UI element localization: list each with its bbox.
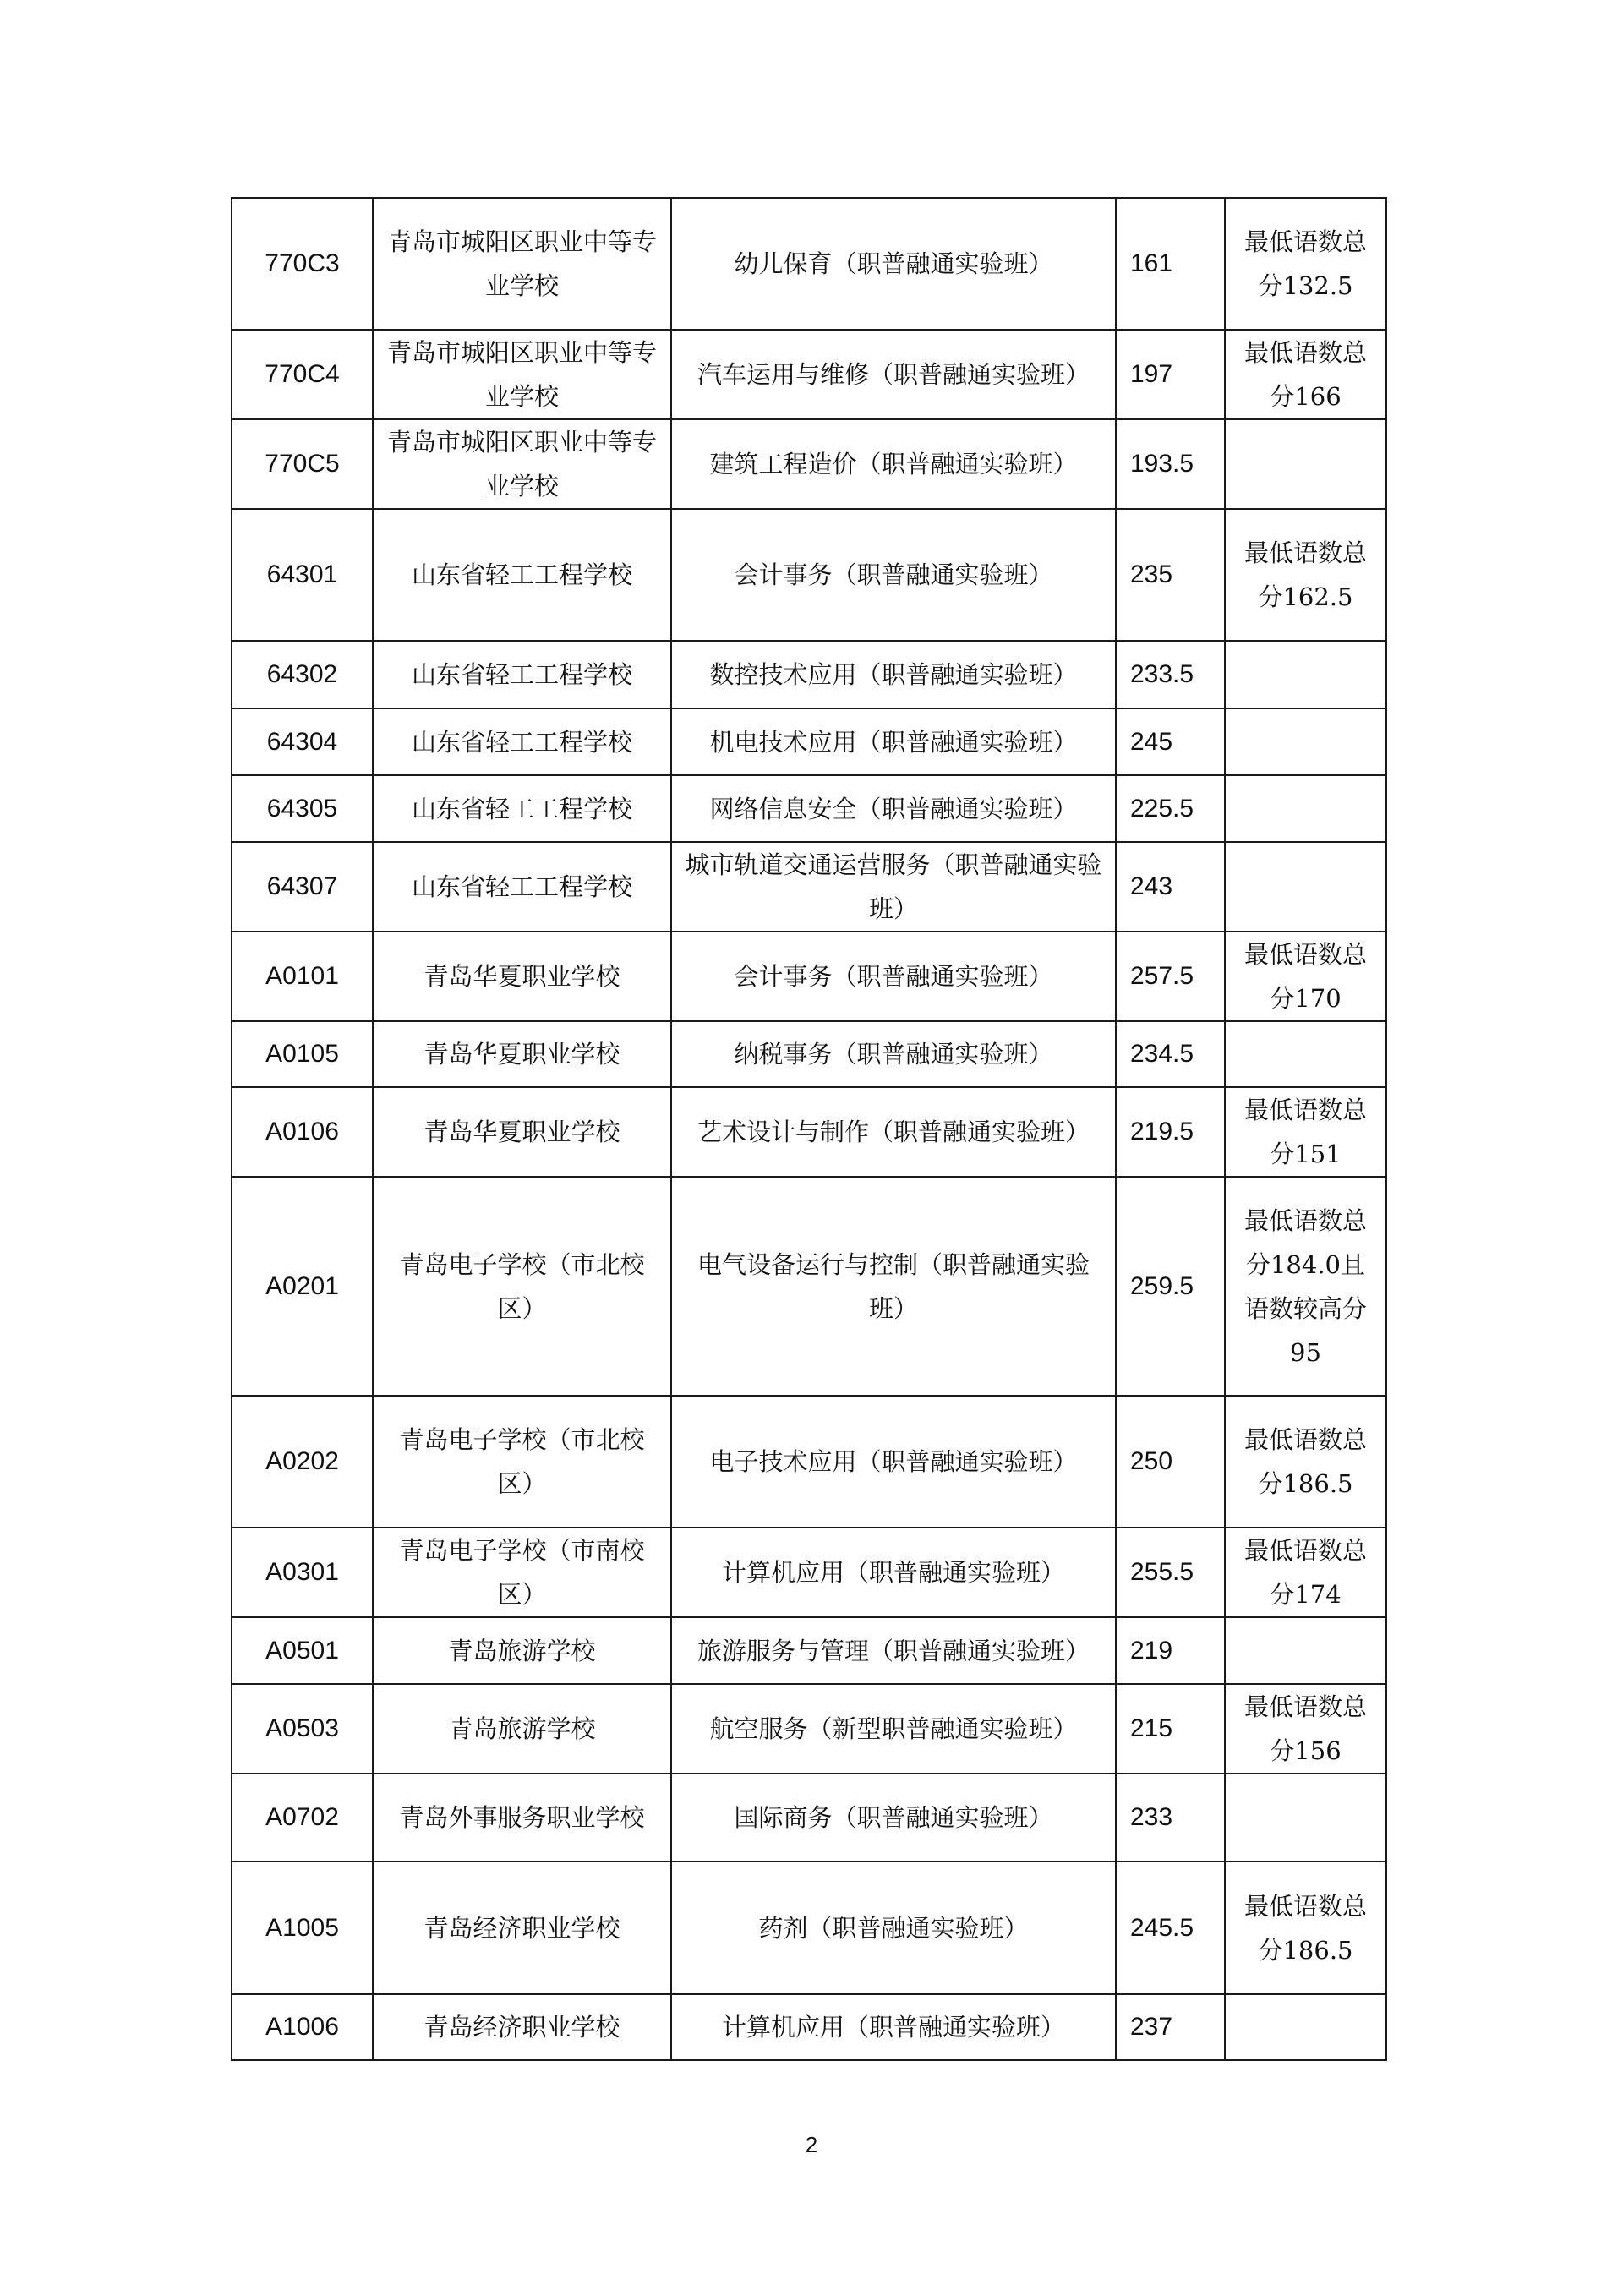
major-name-cell: 纳税事务（职普融通实验班）: [671, 1021, 1116, 1087]
table-body: 770C3青岛市城阳区职业中等专业学校幼儿保育（职普融通实验班）161最低语数总…: [232, 198, 1386, 2060]
cutoff-score-cell: 197: [1116, 330, 1225, 419]
major-name-cell: 航空服务（新型职普融通实验班）: [671, 1684, 1116, 1774]
cutoff-score-cell: 237: [1116, 1994, 1225, 2060]
remark-cell: 最低语数总分151: [1225, 1087, 1386, 1177]
school-name-cell: 青岛华夏职业学校: [373, 1087, 671, 1177]
cutoff-score-cell: 215: [1116, 1684, 1225, 1774]
enrollment-code-cell: 64305: [232, 775, 373, 842]
table-row: 64304山东省轻工工程学校机电技术应用（职普融通实验班）245: [232, 708, 1386, 775]
enrollment-code-cell: A0301: [232, 1528, 373, 1617]
school-name-cell: 青岛外事服务职业学校: [373, 1774, 671, 1861]
table-row: 64305山东省轻工工程学校网络信息安全（职普融通实验班）225.5: [232, 775, 1386, 842]
enrollment-code-cell: A0202: [232, 1396, 373, 1528]
remark-cell: 最低语数总分186.5: [1225, 1861, 1386, 1994]
school-name-cell: 青岛电子学校（市北校区）: [373, 1396, 671, 1528]
admission-score-table: 770C3青岛市城阳区职业中等专业学校幼儿保育（职普融通实验班）161最低语数总…: [231, 197, 1387, 2061]
school-name-cell: 山东省轻工工程学校: [373, 775, 671, 842]
enrollment-code-cell: A1006: [232, 1994, 373, 2060]
major-name-cell: 机电技术应用（职普融通实验班）: [671, 708, 1116, 775]
table-row: A0503青岛旅游学校航空服务（新型职普融通实验班）215最低语数总分156: [232, 1684, 1386, 1774]
cutoff-score-cell: 234.5: [1116, 1021, 1225, 1087]
remark-cell: [1225, 1774, 1386, 1861]
major-name-cell: 国际商务（职普融通实验班）: [671, 1774, 1116, 1861]
cutoff-score-cell: 243: [1116, 842, 1225, 932]
enrollment-code-cell: A0105: [232, 1021, 373, 1087]
enrollment-code-cell: 64302: [232, 641, 373, 708]
table-row: A0202青岛电子学校（市北校区）电子技术应用（职普融通实验班）250最低语数总…: [232, 1396, 1386, 1528]
school-name-cell: 青岛经济职业学校: [373, 1861, 671, 1994]
major-name-cell: 电气设备运行与控制（职普融通实验班）: [671, 1177, 1116, 1396]
school-name-cell: 青岛电子学校（市南校区）: [373, 1528, 671, 1617]
cutoff-score-cell: 233: [1116, 1774, 1225, 1861]
enrollment-code-cell: 64304: [232, 708, 373, 775]
remark-cell: [1225, 641, 1386, 708]
table-row: A0105青岛华夏职业学校纳税事务（职普融通实验班）234.5: [232, 1021, 1386, 1087]
school-name-cell: 山东省轻工工程学校: [373, 509, 671, 641]
major-name-cell: 网络信息安全（职普融通实验班）: [671, 775, 1116, 842]
major-name-cell: 数控技术应用（职普融通实验班）: [671, 641, 1116, 708]
major-name-cell: 会计事务（职普融通实验班）: [671, 509, 1116, 641]
major-name-cell: 计算机应用（职普融通实验班）: [671, 1528, 1116, 1617]
major-name-cell: 幼儿保育（职普融通实验班）: [671, 198, 1116, 330]
enrollment-code-cell: 64307: [232, 842, 373, 932]
major-name-cell: 建筑工程造价（职普融通实验班）: [671, 419, 1116, 509]
table-row: 64302山东省轻工工程学校数控技术应用（职普融通实验班）233.5: [232, 641, 1386, 708]
school-name-cell: 青岛电子学校（市北校区）: [373, 1177, 671, 1396]
cutoff-score-cell: 219.5: [1116, 1087, 1225, 1177]
school-name-cell: 青岛旅游学校: [373, 1617, 671, 1684]
remark-cell: [1225, 775, 1386, 842]
cutoff-score-cell: 245: [1116, 708, 1225, 775]
major-name-cell: 汽车运用与维修（职普融通实验班）: [671, 330, 1116, 419]
school-name-cell: 青岛华夏职业学校: [373, 1021, 671, 1087]
enrollment-code-cell: A0106: [232, 1087, 373, 1177]
enrollment-code-cell: 770C3: [232, 198, 373, 330]
page-number: 2: [0, 2132, 1623, 2158]
table-row: A1006青岛经济职业学校计算机应用（职普融通实验班）237: [232, 1994, 1386, 2060]
cutoff-score-cell: 250: [1116, 1396, 1225, 1528]
school-name-cell: 青岛市城阳区职业中等专业学校: [373, 330, 671, 419]
table-row: A0106青岛华夏职业学校艺术设计与制作（职普融通实验班）219.5最低语数总分…: [232, 1087, 1386, 1177]
cutoff-score-cell: 225.5: [1116, 775, 1225, 842]
remark-cell: 最低语数总分186.5: [1225, 1396, 1386, 1528]
enrollment-code-cell: A0201: [232, 1177, 373, 1396]
cutoff-score-cell: 257.5: [1116, 932, 1225, 1021]
remark-cell: [1225, 708, 1386, 775]
table-row: 64301山东省轻工工程学校会计事务（职普融通实验班）235最低语数总分162.…: [232, 509, 1386, 641]
remark-cell: 最低语数总分170: [1225, 932, 1386, 1021]
cutoff-score-cell: 219: [1116, 1617, 1225, 1684]
remark-cell: [1225, 419, 1386, 509]
cutoff-score-cell: 245.5: [1116, 1861, 1225, 1994]
major-name-cell: 旅游服务与管理（职普融通实验班）: [671, 1617, 1116, 1684]
enrollment-code-cell: 770C5: [232, 419, 373, 509]
table-row: A0201青岛电子学校（市北校区）电气设备运行与控制（职普融通实验班）259.5…: [232, 1177, 1386, 1396]
table-row: 770C3青岛市城阳区职业中等专业学校幼儿保育（职普融通实验班）161最低语数总…: [232, 198, 1386, 330]
major-name-cell: 计算机应用（职普融通实验班）: [671, 1994, 1116, 2060]
table-row: A0702青岛外事服务职业学校国际商务（职普融通实验班）233: [232, 1774, 1386, 1861]
enrollment-code-cell: 64301: [232, 509, 373, 641]
school-name-cell: 青岛市城阳区职业中等专业学校: [373, 419, 671, 509]
major-name-cell: 城市轨道交通运营服务（职普融通实验班）: [671, 842, 1116, 932]
school-name-cell: 青岛华夏职业学校: [373, 932, 671, 1021]
cutoff-score-cell: 161: [1116, 198, 1225, 330]
major-name-cell: 电子技术应用（职普融通实验班）: [671, 1396, 1116, 1528]
cutoff-score-cell: 255.5: [1116, 1528, 1225, 1617]
major-name-cell: 药剂（职普融通实验班）: [671, 1861, 1116, 1994]
enrollment-code-cell: A0501: [232, 1617, 373, 1684]
remark-cell: 最低语数总分162.5: [1225, 509, 1386, 641]
table-row: A0101青岛华夏职业学校会计事务（职普融通实验班）257.5最低语数总分170: [232, 932, 1386, 1021]
school-name-cell: 青岛经济职业学校: [373, 1994, 671, 2060]
remark-cell: [1225, 842, 1386, 932]
enrollment-code-cell: A1005: [232, 1861, 373, 1994]
table-row: A0501青岛旅游学校旅游服务与管理（职普融通实验班）219: [232, 1617, 1386, 1684]
remark-cell: [1225, 1994, 1386, 2060]
enrollment-code-cell: A0503: [232, 1684, 373, 1774]
major-name-cell: 会计事务（职普融通实验班）: [671, 932, 1116, 1021]
school-name-cell: 青岛市城阳区职业中等专业学校: [373, 198, 671, 330]
enrollment-code-cell: A0702: [232, 1774, 373, 1861]
school-name-cell: 山东省轻工工程学校: [373, 708, 671, 775]
remark-cell: [1225, 1617, 1386, 1684]
enrollment-code-cell: 770C4: [232, 330, 373, 419]
cutoff-score-cell: 235: [1116, 509, 1225, 641]
cutoff-score-cell: 233.5: [1116, 641, 1225, 708]
major-name-cell: 艺术设计与制作（职普融通实验班）: [671, 1087, 1116, 1177]
remark-cell: 最低语数总分156: [1225, 1684, 1386, 1774]
cutoff-score-cell: 193.5: [1116, 419, 1225, 509]
table-row: 64307山东省轻工工程学校城市轨道交通运营服务（职普融通实验班）243: [232, 842, 1386, 932]
enrollment-code-cell: A0101: [232, 932, 373, 1021]
school-name-cell: 山东省轻工工程学校: [373, 641, 671, 708]
table-row: A1005青岛经济职业学校药剂（职普融通实验班）245.5最低语数总分186.5: [232, 1861, 1386, 1994]
school-name-cell: 青岛旅游学校: [373, 1684, 671, 1774]
remark-cell: [1225, 1021, 1386, 1087]
school-name-cell: 山东省轻工工程学校: [373, 842, 671, 932]
remark-cell: 最低语数总分132.5: [1225, 198, 1386, 330]
cutoff-score-cell: 259.5: [1116, 1177, 1225, 1396]
table-row: 770C5青岛市城阳区职业中等专业学校建筑工程造价（职普融通实验班）193.5: [232, 419, 1386, 509]
table-row: 770C4青岛市城阳区职业中等专业学校汽车运用与维修（职普融通实验班）197最低…: [232, 330, 1386, 419]
remark-cell: 最低语数总分184.0且语数较高分95: [1225, 1177, 1386, 1396]
table-row: A0301青岛电子学校（市南校区）计算机应用（职普融通实验班）255.5最低语数…: [232, 1528, 1386, 1617]
remark-cell: 最低语数总分174: [1225, 1528, 1386, 1617]
remark-cell: 最低语数总分166: [1225, 330, 1386, 419]
